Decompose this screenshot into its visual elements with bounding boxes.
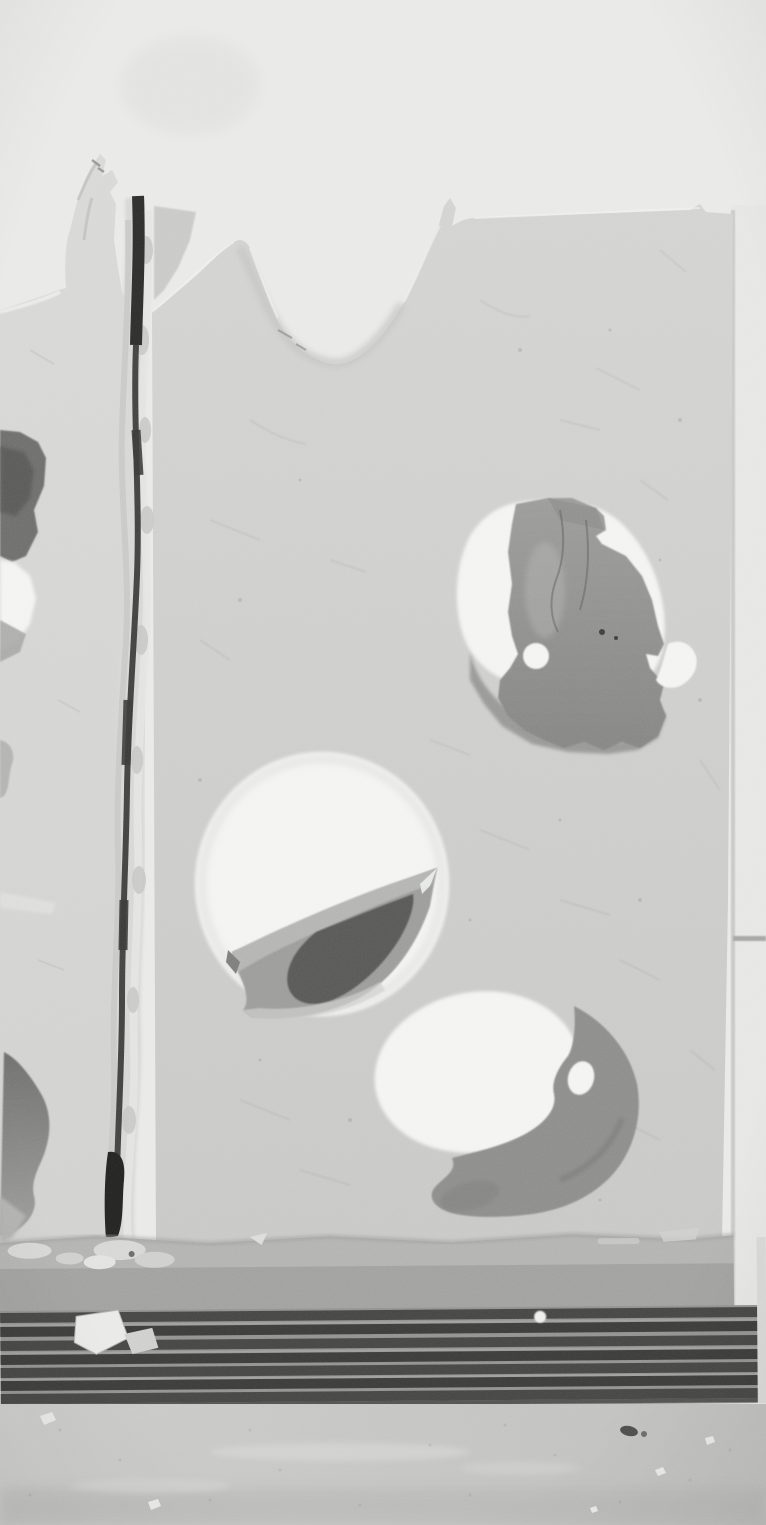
photo-canvas xyxy=(0,0,766,1525)
film-grain-overlay xyxy=(0,0,766,1525)
photograph xyxy=(0,0,766,1525)
